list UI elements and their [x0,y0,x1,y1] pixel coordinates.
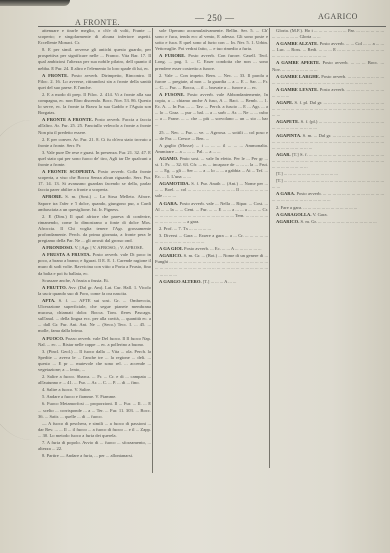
dictionary-entry: A GARGO ALTERO. [T.] ... ... ... A ... .… [155,279,268,285]
entry-headword: AFRORE. [42,194,63,199]
dictionary-entry: [T.] ... ... ... ... ... ... ... ... ...… [272,178,384,190]
dictionary-entry: A GA GIOI. Posto avverb. ... Ec. ... ...… [155,246,268,252]
dictionary-entry: A FRONDOSO. V. | Agr. | V. AFROSO, ; V. … [38,245,151,251]
dictionary-entry: 2. Vale ... Con impeto. Bern. ... Nec. .… [155,73,268,91]
entry-text: 2. Vale ... Con impeto. Bern. ... Nec. .… [155,73,268,90]
entry-headword: AGAPETE. [276,119,299,124]
dictionary-entry: [T.] ... ... ... ... ... ... ... ... ...… [272,171,384,177]
header-rule [38,26,386,27]
entry-text: 2. E a modo di prep. Il Filoc. 2. 414. V… [38,92,151,115]
entry-text: — A fuoco di peschera, e simili ... a fu… [38,421,151,438]
entry-text: 6. Fuoco Metamorfosi ... proporzioni. Il… [38,401,151,418]
entry-text: 8. E per simil. avverse gli antichi ques… [38,47,151,70]
entry-text: Posto avverb. vale Abbondantemente, In c… [155,92,268,127]
dictionary-entry: A gaglio (Mosse) ... i ... ... ... il ..… [155,143,268,155]
dictionary-entry: AGAMO. Pmio sost. ... vale In efetto. Pe… [155,156,268,180]
entry-text: Gloria. (M.F.). Ho i ... ... ... ... ...… [272,28,384,39]
entry-text: 25. ... Nec. ... Fur. ... ve. ... Agrros… [155,130,268,141]
entry-headword: A FRONTE. [42,73,68,78]
entry-text: S. m. Gr. ... ... ... ... ... ... ... ..… [301,219,377,224]
dictionary-entry: 2. Salire a fuoco. Sbarca. ... Fr. ... C… [38,374,151,386]
entry-headword: A FRONTE SCOPERTA. [42,169,95,174]
entry-text: attenuare e tirarle meglio, o ch'e di vo… [38,28,151,45]
dictionary-entry: 2. Prof. ... 7. Tx ... ... ... ... ... [155,226,268,232]
dictionary-entry: 4. Salire a fuoco. V. Salire. [38,387,151,393]
dictionary-entry: Gloria. (M.F.). Ho i ... ... ... ... ...… [272,28,384,40]
dictionary-entry: sole Operano accumulativamente. Bellin. … [155,28,268,52]
entry-headword: AGAPE. [276,100,293,105]
entry-text: 2. E (Dim.) Il qual afriore che pareva d… [38,214,151,243]
dictionary-entry: A GAMBE LEVATE. Posto avverb. ... ... ..… [272,87,384,99]
dictionary-entry: A GAMBE APERTE. Posto avverb. ... ... ..… [272,60,384,72]
dictionary-entry: AFRORE. S. m. (Sost.) ... Lo Sirsa Melle… [38,194,151,212]
dictionary-entry: 2. E per conver. Ar. Fur. 21. 8. Ci fu c… [38,137,151,149]
entry-headword: A FRUSTA A FRUSTA. [42,252,91,257]
entry-text: [T.] ... ... ... A ... ... [203,279,237,284]
running-header: A FRONTE. — 250 — AGARICO [0,10,390,24]
entry-text: 7. A furia di popolo. Avvio di ... fuoco… [38,440,151,451]
entry-headword: A GA GIOI. [159,246,183,251]
entry-headword: A GARGO ALTERO. [159,279,202,284]
dictionary-entry: A FRUTTO. Avv. (Dal gr. Am). Lat. Cur. H… [38,285,151,297]
running-head-right: AGARICO [318,12,358,21]
entry-text: Scussare anche, A frusta a frusta. Et. [42,278,109,283]
entry-text: [T.] ... ... ... ... ... ... ... ... ...… [276,171,338,176]
dictionary-entry: AGAMOTIDA. S. f. Pur. Anath ... (Ant.) .… [155,181,268,199]
entry-headword: A GAMBE ALZATE. [276,41,318,46]
entry-headword: A GARAGOLLA. [276,212,311,217]
dictionary-entry: 2. E a modo di prep. Il Filoc. 2. 414. V… [38,92,151,116]
entry-text: 2. Fare a gara. ... ... ... ... ... ... … [276,205,357,210]
entry-headword: A FUOCO. [42,336,64,341]
dictionary-entry: A FRONTE A FRONTE. Posto avverb. Faccia … [38,117,151,135]
column-3: Gloria. (M.F.). Ho i ... ... ... ... ...… [272,28,384,468]
entry-text: S. f. — AFTE sui sost. Gr. ... Ombreccia… [38,298,151,333]
dictionary-entry: 2. Fare a gara. ... ... ... ... ... ... … [272,205,384,211]
dictionary-entry: A FRONTE. Posto avverb. Dirimpetto, Rinc… [38,73,151,91]
column-divider [152,28,153,473]
entry-headword: AGAMOTIDA. [159,181,190,186]
page-edge-shadow [0,0,70,6]
dictionary-page: A FRONTE. — 250 — AGARICO attenuare e ti… [0,0,390,553]
dictionary-entry: AGAR. [T.] S. f. ... ... ... ... ... ...… [272,152,384,170]
dictionary-entry: AGARICO. S. m. Gr. ... (Bot.) ... Nome d… [155,253,268,277]
entry-text: 3. (Pincl. Geol.) ... Il fuoco dalla ...… [38,349,151,372]
entry-text: Posto avverb. ... Ec. ... ... A ... ... … [184,246,261,251]
entry-headword: AGAR. [276,152,291,157]
entry-headword: AGARICO. [159,253,182,258]
dictionary-entry: AGAPETE. S. f. (pl.) ... ... ... ... ...… [272,119,384,131]
entry-text: 5. Andare a fuoco e fiamme. V. Fiamme. [42,394,116,399]
dictionary-entry: 3. Diversi ... Gara ... Essere a gara ..… [155,233,268,245]
entry-text: 8. Partire — Andare a furia, ... per ...… [42,453,133,458]
dictionary-entry: 3. (Pincl. Geol.) ... Il fuoco dalla ...… [38,349,151,373]
entry-headword: A GARA. [276,191,295,196]
entry-headword: A GAMBE APERTE. [276,60,320,65]
dictionary-entry: A GARA. Posto avverb. vale ... Nella ...… [155,201,268,225]
entry-text: sole Operano accumulativamente. Bellin. … [155,28,268,51]
dictionary-entry: 5. Andare a fuoco e fiamme. V. Fiamme. [38,394,151,400]
entry-text: 2. Salire a fuoco. Sbarca. ... Fr. ... C… [38,374,151,385]
dictionary-entry: A FRONTE SCOPERTA. Posto avverb. Colla f… [38,169,151,193]
entry-headword: A FRUTTO. [42,285,67,290]
dictionary-entry: A GARAGOLLA. V. Gara. [272,212,384,218]
dictionary-entry: A FRUSTA A FRUSTA. Posto avverb. vale Di… [38,252,151,276]
page-number: — 250 — [195,13,235,23]
entry-headword: AGARICO. [276,219,299,224]
dictionary-entry: 7. A furia di popolo. Avvio di ... fuoco… [38,440,151,452]
entry-text: [T.] ... ... ... ... ... ... ... ... ...… [272,178,384,189]
dictionary-entry: A GAMBE LARGHE. Posto avverb. ... ... ..… [272,74,384,86]
entry-headword: A FRONDOSO. [42,245,73,250]
dictionary-entry: 2. E (Dim.) Il qual afriore che pareva d… [38,214,151,244]
entry-headword: A FURORE. [159,53,185,58]
column-1: attenuare e tirarle meglio, o ch'e di vo… [38,28,151,468]
dictionary-entry: A FURORE. Posto avverb. Con furore. Case… [155,53,268,71]
entry-headword: A GAMBE LEVATE. [276,87,318,92]
dictionary-entry: 8. Partire — Andare a furia, ... per ...… [38,453,151,459]
entry-text: A gaglio (Mosse) ... i ... ... ... il ..… [155,143,268,154]
entry-headword: A FRONTE A FRONTE. [42,117,93,122]
dictionary-entry: A FUOCO. Pozzo avverb. vale Del fuoco. I… [38,336,151,348]
dictionary-entry: attenuare e tirarle meglio, o ch'e di vo… [38,28,151,46]
entry-headword: A GAMBE LARGHE. [276,74,320,79]
dictionary-entry: 25. ... Nec. ... Fur. ... ve. ... Agrros… [155,130,268,142]
dictionary-entry: Scussare anche, A frusta a frusta. Et. [38,278,151,284]
dictionary-entry: AGAPINTA. S. m. ... Dal gr. ... ... ... … [272,133,384,151]
entry-text: 3. Diversi ... Gara ... Essere a gara ..… [155,233,268,244]
dictionary-entry: AFTA. S. f. — AFTE sui sost. Gr. ... Omb… [38,298,151,335]
entry-headword: AGAPINTA. [276,133,301,138]
entry-text: 2. Prof. ... 7. Tx ... ... ... ... ... [159,226,211,231]
dictionary-entry: — A fuoco di peschera, e simili ... a fu… [38,421,151,439]
dictionary-entry: AGARICO. S. m. Gr. ... ... ... ... ... .… [272,219,384,225]
dictionary-entry: 3. Vale pure De rese e guast. In presenz… [38,150,151,168]
dictionary-entry: 6. Fuoco Metamorfosi ... proporzioni. Il… [38,401,151,419]
entry-text: V. Gara. [313,212,328,217]
column-2: sole Operano accumulativamente. Bellin. … [155,28,268,473]
dictionary-entry: A GAMBE ALZATE. Posto avverb. ... ... Co… [272,41,384,59]
entry-text: V. | Agr. | V. AFROSO, ; V. AFROSE. [74,245,143,250]
entry-headword: A FUSONE. [159,92,185,97]
entry-headword: AFTA. [42,298,55,303]
column-divider [269,28,270,468]
dictionary-entry: A GARA. Posto avverb. ... ... ... ... ..… [272,191,384,203]
entry-text: 3. Vale pure De rese e guast. In presenz… [38,150,151,167]
entry-headword: AGAMO. [159,156,178,161]
dictionary-entry: A FUSONE. Posto avverb. vale Abbondantem… [155,92,268,129]
dictionary-entry: AGAPE. S. f. pl. Dal gr. ... ... ... ...… [272,100,384,118]
entry-headword: A GARA. [159,201,178,206]
dictionary-entry: 8. E per simil. avverse gli antichi ques… [38,47,151,71]
entry-text: 2. E per conver. Ar. Fur. 21. 8. Ci fu c… [38,137,151,148]
entry-text: 4. Salire a fuoco. V. Salire. [42,387,91,392]
